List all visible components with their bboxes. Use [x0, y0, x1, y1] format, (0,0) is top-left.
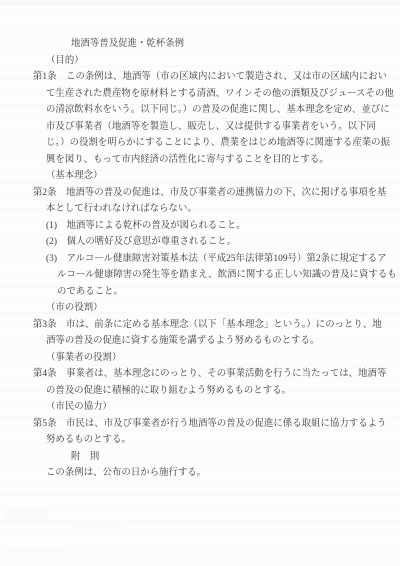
- document-line: 第5条 市民は、市及び事業者が行う地酒等の普及の促進に係る取組に協力するよう: [0, 416, 400, 433]
- document-line: 市及び事業者（地酒等を製造し、販売し、又は提供する事業者をいう。以下同: [0, 119, 400, 136]
- document-line: （事業者の役割）: [0, 350, 400, 367]
- document-line: （市民の協力）: [0, 399, 400, 416]
- document-line: 附 則: [0, 449, 400, 466]
- document-page: 地酒等普及促進・乾杯条例（目的）第1条 この条例は、地酒等（市の区域内において製…: [0, 0, 400, 566]
- document-line: の清涼飲料水をいう。以下同じ。）の普及の促進に関し、基本理念を定め、並びに: [0, 102, 400, 119]
- scan-artifact: [0, 2, 400, 6]
- scan-artifact: [72, 520, 122, 530]
- scan-artifact: [4, 508, 48, 520]
- document-line: のであること。: [0, 284, 400, 301]
- document-line: （市の役割）: [0, 300, 400, 317]
- document-line: 第2条 地酒等の普及の促進は、市及び事業者の連携協力の下、次に掲げる事項を基: [0, 185, 400, 202]
- document-line: （基本理念）: [0, 168, 400, 185]
- document-line: (2) 個人の嗜好及び意思が尊重されること。: [0, 234, 400, 251]
- document-line: 努めるものとする。: [0, 432, 400, 449]
- document-line: じ。）の役割を明らかにすることにより、農業をはじめ地酒等に関連する産業の振: [0, 135, 400, 152]
- document-line: 第1条 この条例は、地酒等（市の区域内において製造され、又は市の区域内におい: [0, 69, 400, 86]
- document-body: 地酒等普及促進・乾杯条例（目的）第1条 この条例は、地酒等（市の区域内において製…: [0, 36, 400, 482]
- document-line: て生産された農産物を原材料とする清酒、ワインその他の酒類及びジュースその他: [0, 86, 400, 103]
- document-line: この条例は、公布の日から施行する。: [0, 465, 400, 482]
- document-line: 本として行われなければならない。: [0, 201, 400, 218]
- document-line: 第4条 事業者は、基本理念にのっとり、その事業活動を行うに当たっては、地酒等: [0, 366, 400, 383]
- document-line: （目的）: [0, 53, 400, 70]
- document-line: 興を図り、もって市内経済の活性化に寄与することを目的とする。: [0, 152, 400, 169]
- document-line: (1) 地酒等による乾杯の普及が図られること。: [0, 218, 400, 235]
- document-line: 第3条 市は、前条に定める基本理念（以下「基本理念」という。）にのっとり、地: [0, 317, 400, 334]
- document-line: (3) アルコール健康障害対策基本法（平成25年法律第109号）第2条に規定する…: [0, 251, 400, 268]
- document-line: の普及の促進に積極的に取り組むよう努めるものとする。: [0, 383, 400, 400]
- document-line: ルコール健康障害の発生等を踏まえ、飲酒に関する正しい知識の普及に資するも: [0, 267, 400, 284]
- document-line: 酒等の普及の促進に資する施策を講ずるよう努めるものとする。: [0, 333, 400, 350]
- scan-artifact: [6, 548, 66, 556]
- document-title: 地酒等普及促進・乾杯条例: [0, 36, 400, 53]
